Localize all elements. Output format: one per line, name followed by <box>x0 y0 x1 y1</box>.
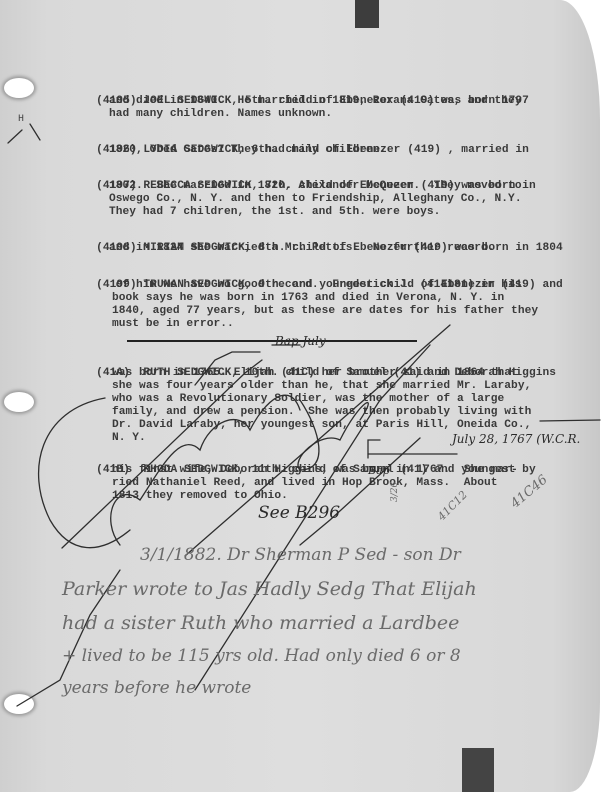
loop-scrawl <box>39 398 130 548</box>
handwritten-note-line-2: Parker wrote to Jas Hadly Sedg That Elij… <box>62 578 477 600</box>
annotation-bap-july: Bap July <box>275 334 326 348</box>
annotation-vertical-note: 3/26 <box>390 482 400 502</box>
handwritten-note-line-5: years before he wrote <box>62 678 251 698</box>
annotation-july-date: July 28, 1767 (W.C.R. <box>452 432 580 446</box>
handwritten-strokes <box>0 0 612 792</box>
insert-bracket-july <box>368 440 380 458</box>
margin-tick-right <box>30 124 40 140</box>
annotation-bap: Bap <box>368 464 390 477</box>
document-page: H (4195) JOEL SEDGWICK, 5th. child of Eb… <box>0 0 600 792</box>
handwritten-note-line-3: had a sister Ruth who married a Lardbee <box>62 612 459 634</box>
handwritten-note-line-1: 3/1/1882. Dr Sherman P Sed - son Dr <box>140 545 461 565</box>
annotation-see-b296: See B296 <box>258 503 340 523</box>
margin-tick-left <box>8 130 22 143</box>
edge-line <box>540 420 600 421</box>
handwritten-note-line-4: + lived to be 115 yrs old. Had only died… <box>62 646 461 666</box>
strike-line-1 <box>62 360 262 548</box>
